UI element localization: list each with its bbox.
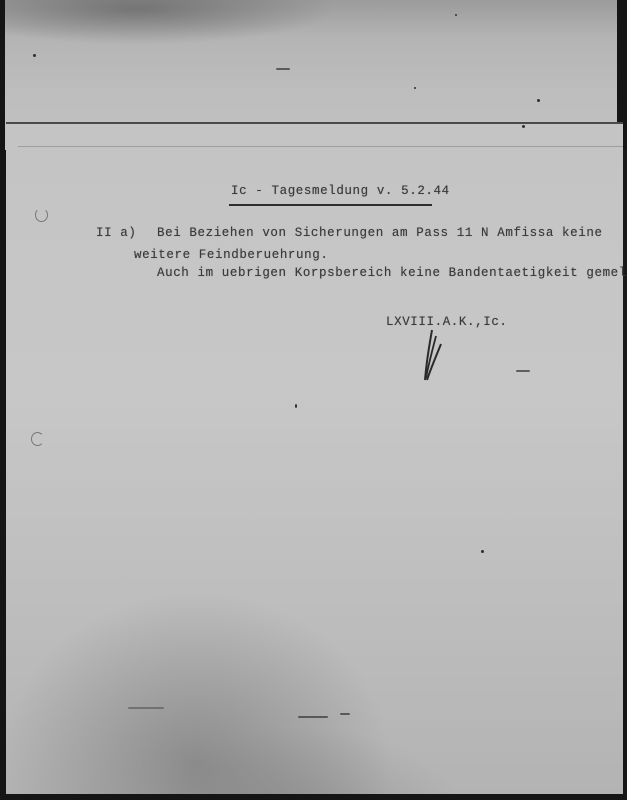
document-page (6, 124, 623, 794)
handwritten-signature-icon (418, 328, 448, 384)
document-heading: Ic - Tagesmeldung v. 5.2.44 (231, 184, 450, 198)
ink-mark (516, 370, 530, 372)
speck (414, 87, 416, 89)
body-line: Auch im uebrigen Korpsbereich keine Band… (157, 266, 627, 280)
ink-mark (340, 713, 350, 715)
punch-hole-icon (31, 432, 44, 446)
speck (33, 54, 36, 57)
speck (537, 99, 540, 102)
section-label: II a) (96, 226, 137, 240)
ink-mark (298, 716, 328, 718)
ink-mark (276, 68, 290, 70)
body-line: weitere Feindberuehrung. (134, 248, 328, 262)
speck (522, 125, 525, 128)
body-line: Bei Beziehen von Sicherungen am Pass 11 … (157, 226, 603, 240)
punch-hole-icon (35, 208, 48, 222)
heading-underline (229, 204, 432, 206)
speck (481, 550, 484, 553)
ink-mark (128, 707, 164, 709)
signature-block: LXVIII.A.K.,Ic. (386, 315, 508, 329)
speck (295, 404, 297, 408)
speck (455, 14, 457, 16)
